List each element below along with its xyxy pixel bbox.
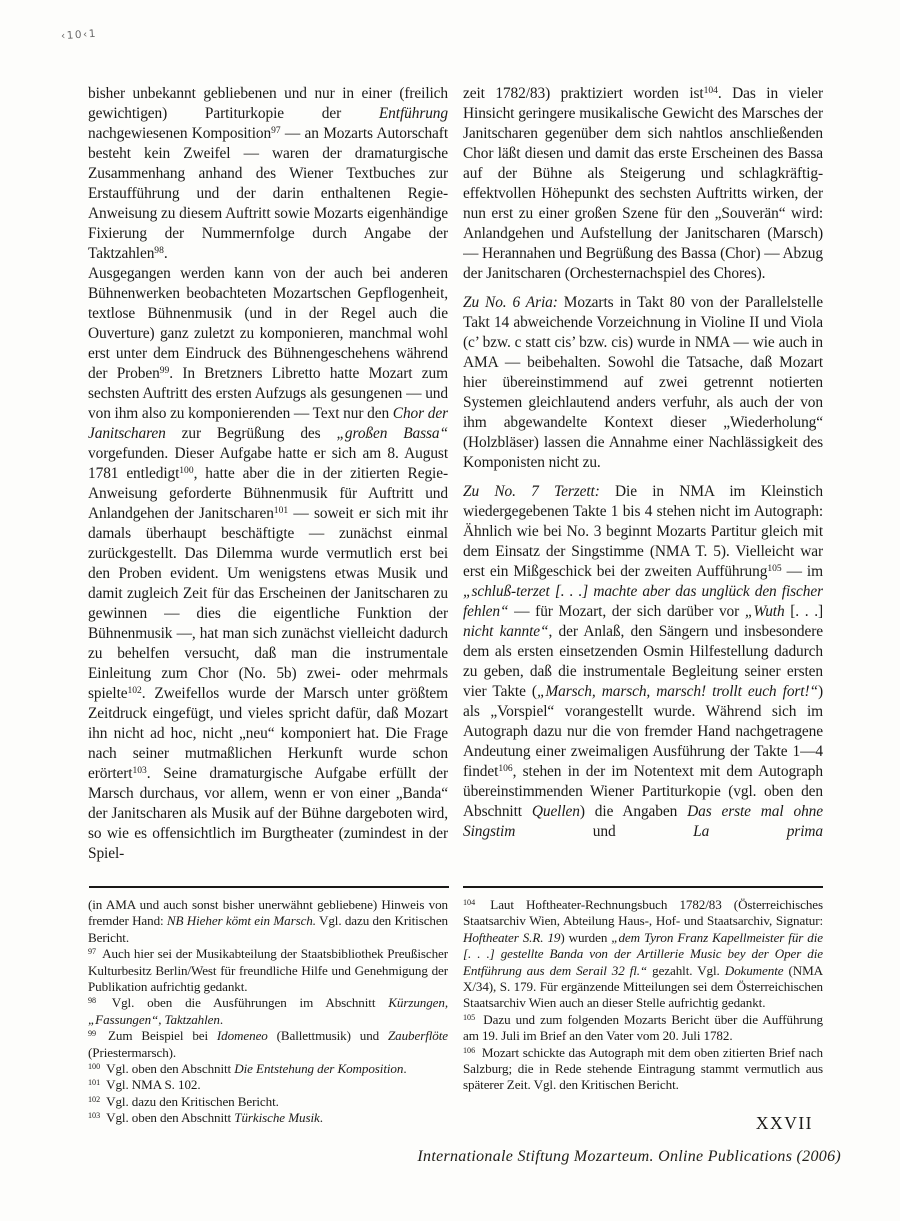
left-footnotes: (in AMA und auch sonst bisher unerwähnt … [88, 897, 448, 1127]
scanned-page: ‹10‹1 bisher unbekannt gebliebenen und n… [0, 0, 900, 1221]
footnote: 102 Vgl. dazu den Kritischen Bericht. [88, 1094, 448, 1110]
footnote: 103 Vgl. oben den Abschnitt Türkische Mu… [88, 1110, 448, 1126]
footnote: 101 Vgl. NMA S. 102. [88, 1077, 448, 1093]
body-paragraph: zeit 1782/83) praktiziert worden ist104.… [463, 84, 823, 284]
footnote: 105 Dazu und zum folgenden Mozarts Beric… [463, 1012, 823, 1045]
footnote: 97 Auch hier sei der Musikabteilung der … [88, 946, 448, 995]
body-paragraph: Ausgegangen werden kann von der auch bei… [88, 264, 448, 864]
footnote: (in AMA und auch sonst bisher unerwähnt … [88, 897, 448, 946]
body-paragraph: Zu No. 6 Aria: Mozarts in Takt 80 von de… [463, 293, 823, 473]
pencil-annotation: ‹10‹1 [61, 28, 98, 42]
footnote: 104 Laut Hoftheater-Rechnungsbuch 1782/8… [463, 897, 823, 1012]
footnote: 99 Zum Beispiel bei Idomeneo (Ballettmus… [88, 1028, 448, 1061]
left-column-body: bisher unbekannt gebliebenen und nur in … [88, 84, 448, 864]
right-column-body: zeit 1782/83) praktiziert worden ist104.… [463, 84, 823, 842]
body-paragraph: bisher unbekannt gebliebenen und nur in … [88, 84, 448, 264]
footnote: 106 Mozart schickte das Autograph mit de… [463, 1045, 823, 1094]
footnote-divider [89, 886, 449, 888]
right-footnotes: 104 Laut Hoftheater-Rechnungsbuch 1782/8… [463, 897, 823, 1094]
footnote: 100 Vgl. oben den Abschnitt Die Entstehu… [88, 1061, 448, 1077]
body-paragraph: Zu No. 7 Terzett: Die in NMA im Kleinsti… [463, 482, 823, 842]
footnote-divider [463, 886, 823, 888]
footnote: 98 Vgl. oben die Ausführungen im Abschni… [88, 995, 448, 1028]
page-number: XXVII [756, 1113, 813, 1134]
publication-footer: Internationale Stiftung Mozarteum. Onlin… [417, 1148, 841, 1166]
